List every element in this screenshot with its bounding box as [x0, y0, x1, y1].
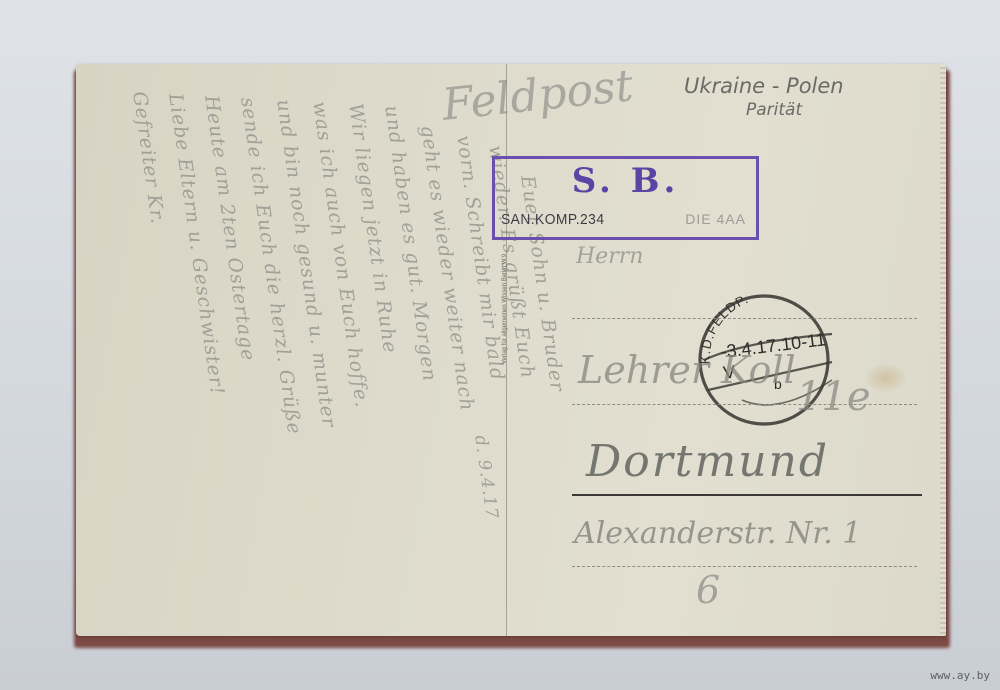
postcard: Gefreiter Kr. Liebe Eltern u. Geschwiste… — [76, 64, 946, 636]
pencil-note-line2: Parität — [746, 100, 802, 120]
cachet-unit: SAN.KOMP.234 — [501, 211, 604, 228]
message-line: Gefreiter Kr. — [128, 90, 168, 226]
address-rule-3 — [572, 566, 917, 567]
address-city: Dortmund — [586, 436, 829, 487]
publisher-imprint: Verlag für allgemeinen Wissen Berlin W.9 — [502, 254, 508, 364]
address-herrn: Herrn — [576, 244, 643, 269]
age-stain — [866, 364, 906, 392]
watermark: www.ay.by — [930, 669, 990, 682]
address-district: 6 — [696, 568, 720, 612]
dateline: d. 9.4.17 — [470, 434, 502, 521]
address-street: Alexanderstr. Nr. 1 — [574, 516, 861, 551]
unit-cachet: S. B. SAN.KOMP.234 DIE 4AA — [492, 156, 759, 240]
cachet-faint-text: DIE 4AA — [685, 211, 746, 227]
address-rule-city — [572, 494, 922, 496]
address-rule-2 — [572, 404, 917, 405]
address-rule-1 — [572, 318, 917, 319]
pencil-note-line1: Ukraine - Polen — [684, 74, 844, 98]
address-recipient: Lehrer Koll — [578, 348, 796, 392]
address-house-mark: 11e — [796, 374, 871, 420]
cachet-initials: S. B. — [495, 161, 756, 201]
feldpost-heading: Feldpost — [440, 64, 636, 131]
